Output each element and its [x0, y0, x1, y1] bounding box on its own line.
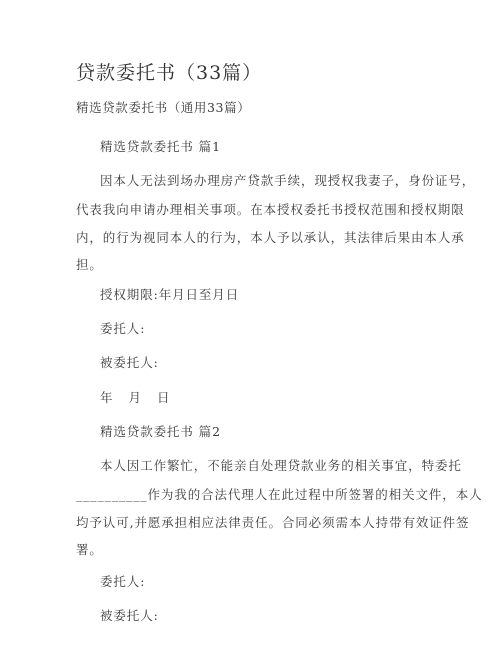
- section-2-body-line-4: 署。: [76, 540, 103, 558]
- document-page: 贷款委托书（33篇） 精选贷款委托书（通用33篇） 精选贷款委托书 篇1 因本人…: [0, 0, 500, 657]
- section-2-body-line-2: __________作为我的合法代理人在此过程中所签署的相关文件，本人: [76, 485, 483, 503]
- section-2-agent-label: 被委托人:: [100, 606, 159, 624]
- section-1-body-line-4: 担。: [76, 255, 103, 273]
- section-1-body-line-2: 代表我向申请办理相关事项。在本授权委托书授权范围和授权期限: [76, 200, 465, 218]
- section-1-authorization-period: 授权期限:年月日至月日: [100, 285, 239, 303]
- section-1-body-line-3: 内，的行为视同本人的行为，本人予以承认，其法律后果由本人承: [76, 228, 465, 246]
- section-2-principal-label: 委托人:: [100, 572, 145, 590]
- section-1-heading: 精选贷款委托书 篇1: [100, 137, 221, 155]
- section-1-body-line-1: 因本人无法到场办理房产贷款手续，现授权我妻子，身份证号，: [100, 171, 475, 189]
- document-title: 贷款委托书（33篇）: [76, 58, 262, 85]
- section-1-date: 年 月 日: [100, 388, 175, 406]
- section-1-principal-label: 委托人:: [100, 319, 145, 337]
- document-subtitle: 精选贷款委托书（通用33篇）: [76, 98, 250, 116]
- section-1-agent-label: 被委托人:: [100, 353, 159, 371]
- section-2-heading: 精选贷款委托书 篇2: [100, 422, 221, 440]
- section-2-body-line-3: 均予认可,并愿承担相应法律责任。合同必须需本人持带有效证件签: [76, 513, 469, 531]
- section-2-body-line-1: 本人因工作繁忙，不能亲自处理贷款业务的相关事宜，特委托: [100, 456, 462, 474]
